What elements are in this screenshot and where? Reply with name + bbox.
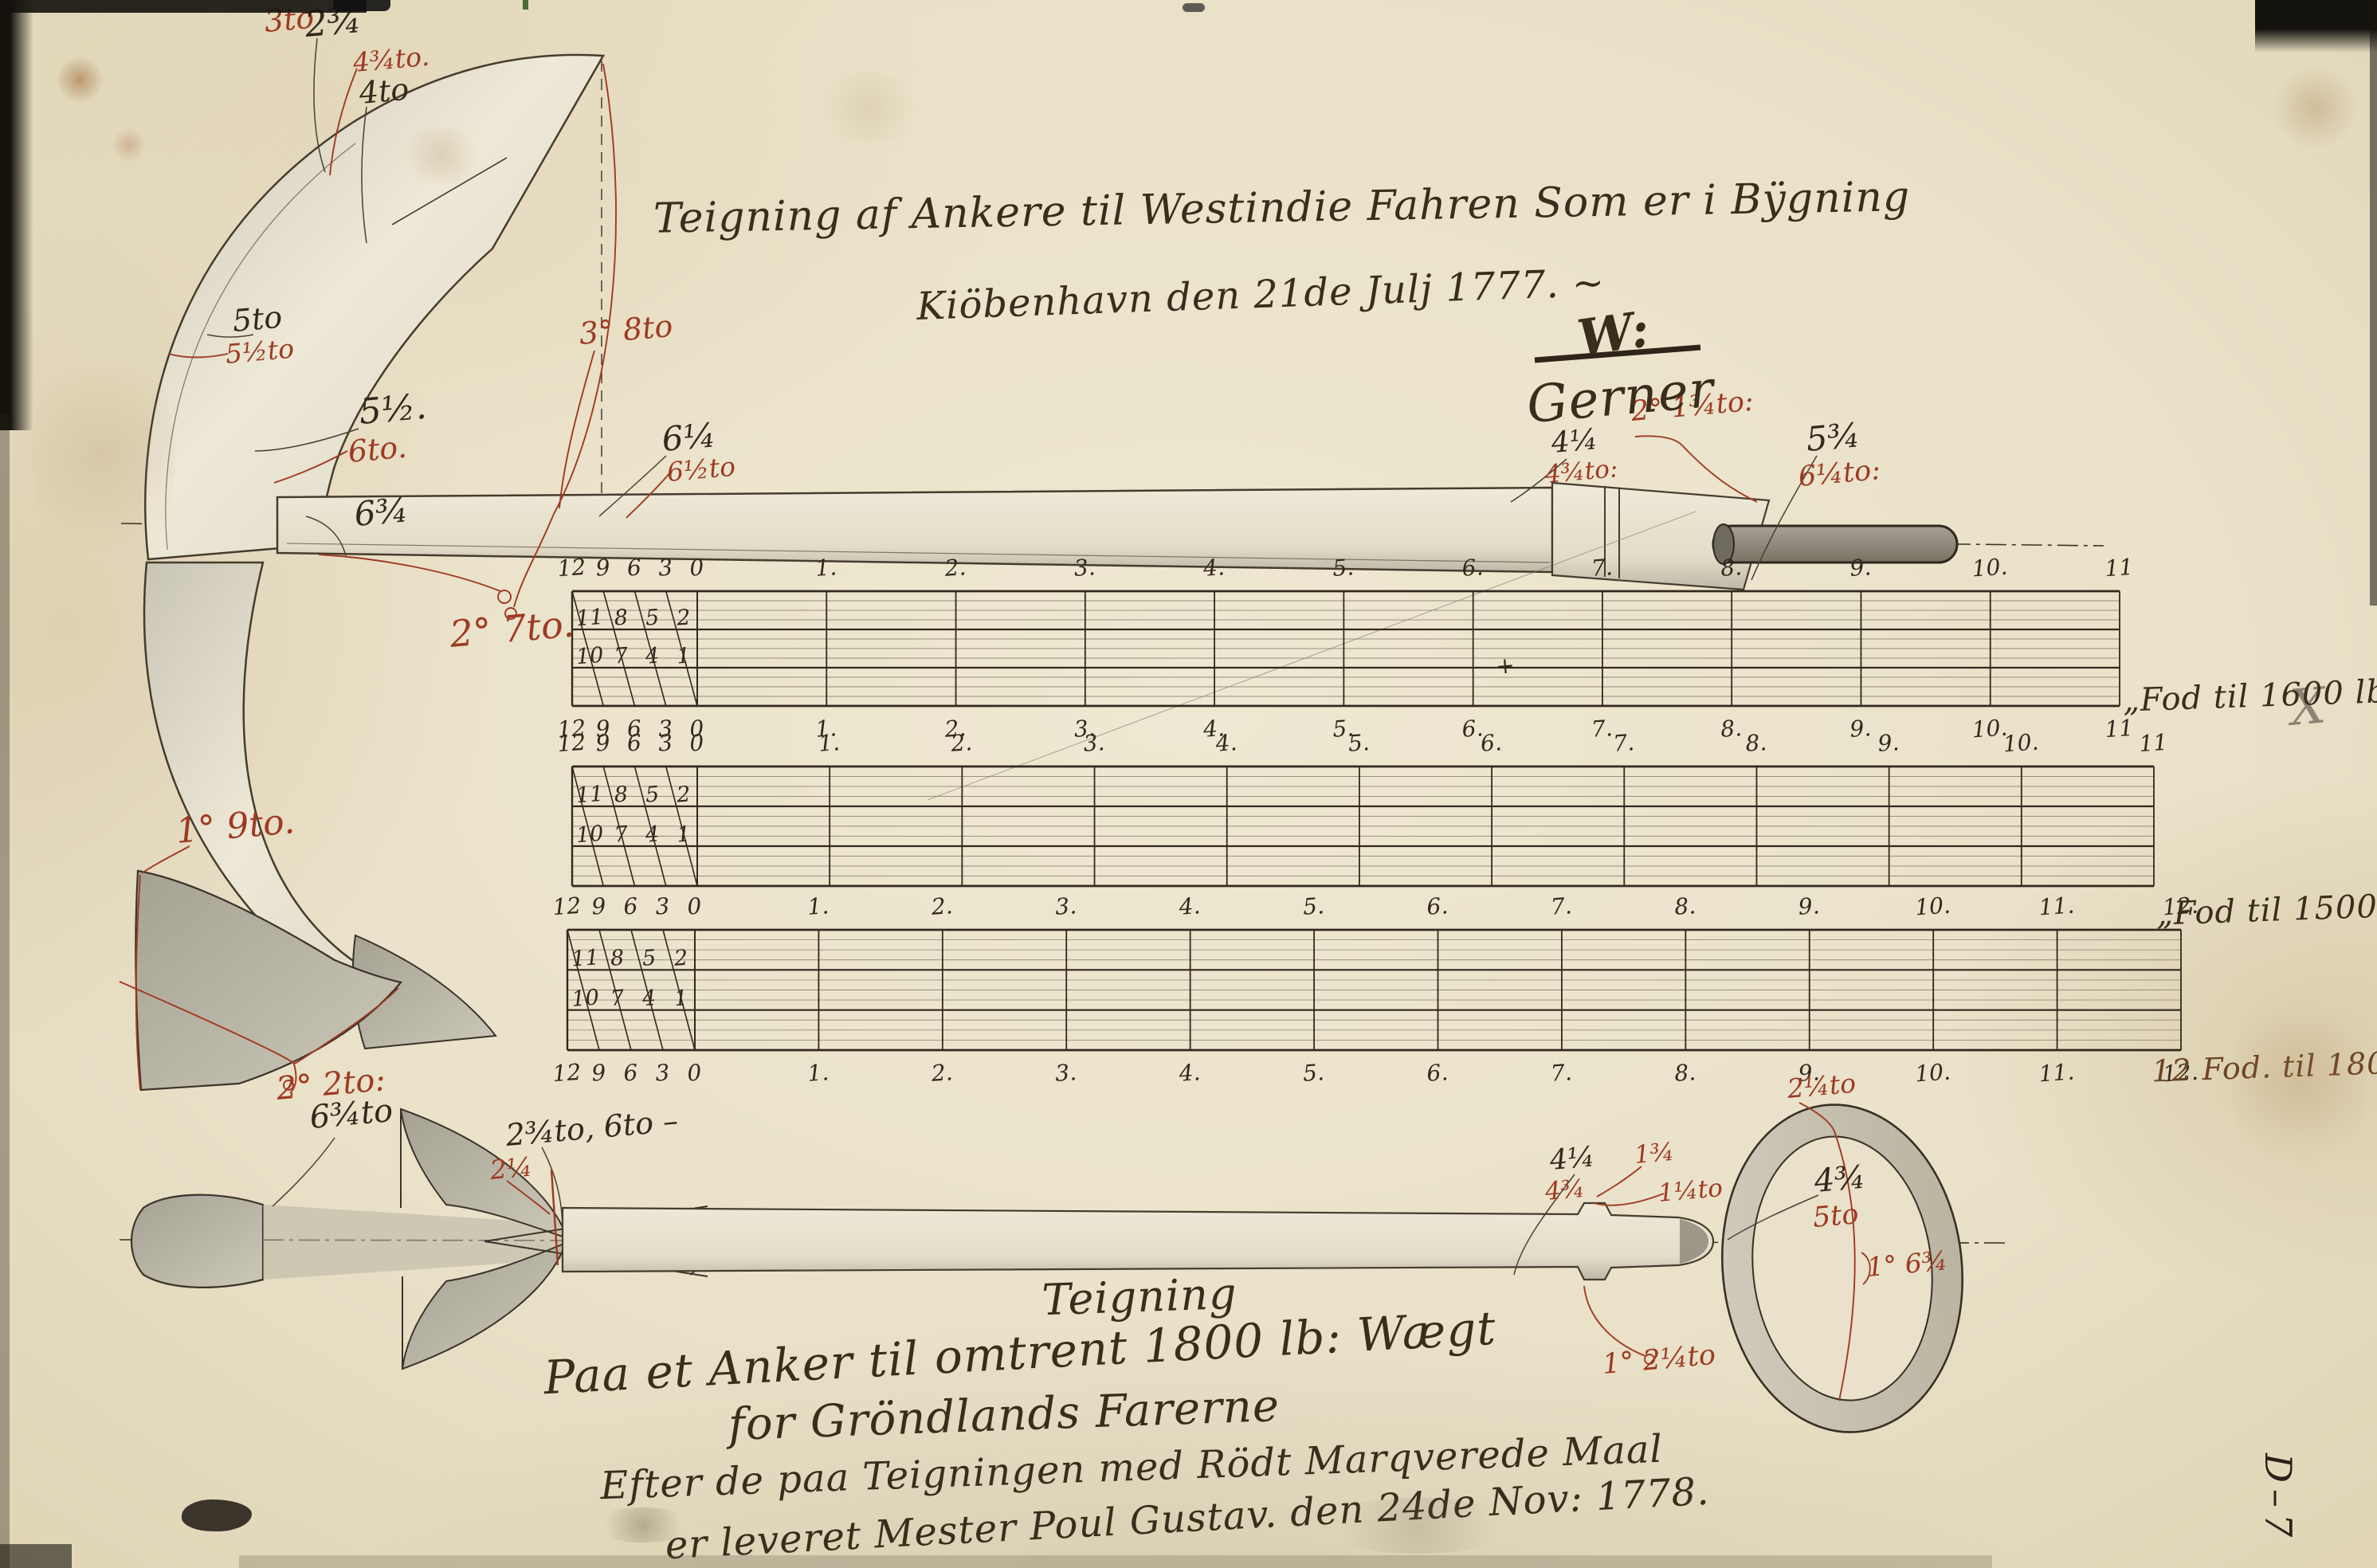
svg-text:3.: 3. bbox=[1054, 1059, 1077, 1087]
measurement-red: 6½to bbox=[665, 451, 736, 488]
svg-text:6.: 6. bbox=[1426, 1059, 1449, 1087]
svg-text:5.: 5. bbox=[1302, 892, 1325, 920]
svg-text:3: 3 bbox=[654, 1059, 670, 1086]
svg-text:11: 11 bbox=[575, 605, 604, 631]
svg-text:5: 5 bbox=[645, 782, 660, 807]
diagonal-scales: 1296301.2.3.4.5.6.7.8.9.10.111296301.2.3… bbox=[551, 554, 2199, 1088]
measurement-red: 5½to bbox=[224, 333, 295, 370]
svg-text:9: 9 bbox=[595, 554, 611, 581]
svg-text:11.: 11. bbox=[2038, 892, 2076, 921]
svg-text:9.: 9. bbox=[1798, 892, 1821, 920]
svg-text:7: 7 bbox=[610, 986, 626, 1011]
svg-text:6: 6 bbox=[622, 892, 638, 919]
svg-text:8.: 8. bbox=[1673, 892, 1696, 920]
svg-text:8.: 8. bbox=[1673, 1059, 1696, 1087]
svg-text:9: 9 bbox=[590, 1059, 606, 1086]
svg-text:4.: 4. bbox=[1178, 1059, 1202, 1087]
svg-text:6: 6 bbox=[622, 1059, 638, 1086]
svg-text:2: 2 bbox=[673, 946, 688, 971]
measurement-red: 2¼to bbox=[1785, 1068, 1857, 1104]
svg-text:9: 9 bbox=[590, 892, 606, 919]
svg-text:5: 5 bbox=[641, 946, 657, 971]
diagonal-scale-1: 1296301.2.3.4.5.6.7.8.9.10.111296301.2.3… bbox=[556, 554, 2134, 743]
diagonal-scale-2: 1296301.2.3.4.5.6.7.8.9.10.111185210741 bbox=[556, 729, 2168, 886]
svg-text:0: 0 bbox=[686, 1059, 702, 1086]
svg-text:1.: 1. bbox=[806, 1059, 830, 1087]
measurement-red: 5to bbox=[1811, 1198, 1860, 1234]
svg-text:12: 12 bbox=[551, 892, 582, 920]
measurement-red: 6to. bbox=[347, 429, 408, 469]
svg-text:12: 12 bbox=[556, 554, 586, 582]
measurement-red: 4¾to: bbox=[1543, 454, 1619, 489]
svg-text:4.: 4. bbox=[1214, 729, 1238, 757]
svg-text:3: 3 bbox=[654, 892, 670, 919]
svg-text:2.: 2. bbox=[949, 729, 973, 757]
svg-text:6: 6 bbox=[626, 554, 642, 581]
archive-mark: D–7 bbox=[2257, 1453, 2300, 1543]
svg-text:3.: 3. bbox=[1082, 729, 1105, 757]
svg-text:11.: 11. bbox=[2038, 1059, 2076, 1088]
measurement-red: 1° 2¼to bbox=[1601, 1339, 1716, 1381]
svg-text:7.: 7. bbox=[1550, 1059, 1573, 1087]
svg-text:5.: 5. bbox=[1302, 1059, 1325, 1087]
svg-text:5.: 5. bbox=[1332, 554, 1355, 582]
diagonal-scale-3: 1296301.2.3.4.5.6.7.8.9.10.11.12.1296301… bbox=[551, 892, 2199, 1088]
signature-initial: W: bbox=[1574, 300, 1653, 367]
svg-text:10.: 10. bbox=[1914, 1059, 1951, 1088]
svg-text:3: 3 bbox=[657, 729, 673, 756]
svg-text:11: 11 bbox=[571, 945, 599, 971]
svg-text:8.: 8. bbox=[1720, 715, 1743, 743]
svg-text:4.: 4. bbox=[1178, 892, 1202, 920]
svg-text:8: 8 bbox=[610, 946, 625, 971]
measurement-black: 2¾to, 6to – bbox=[504, 1103, 680, 1153]
svg-text:4.: 4. bbox=[1202, 554, 1226, 582]
svg-text:7: 7 bbox=[614, 821, 630, 847]
svg-text:7.: 7. bbox=[1612, 729, 1635, 757]
svg-text:1: 1 bbox=[676, 821, 691, 847]
svg-text:9.: 9. bbox=[1849, 554, 1872, 582]
svg-text:6.: 6. bbox=[1461, 554, 1484, 582]
svg-text:5.: 5. bbox=[1347, 729, 1371, 757]
svg-text:10: 10 bbox=[575, 643, 604, 669]
measurement-red: 3° 8to bbox=[578, 308, 674, 351]
measurement-black: + bbox=[1495, 652, 1516, 680]
svg-text:1: 1 bbox=[673, 986, 688, 1011]
svg-text:8.: 8. bbox=[1720, 554, 1743, 582]
svg-text:7.: 7. bbox=[1591, 715, 1614, 743]
svg-text:1.: 1. bbox=[818, 729, 841, 757]
svg-text:10: 10 bbox=[575, 821, 604, 848]
svg-text:3.: 3. bbox=[1054, 892, 1077, 920]
svg-text:4: 4 bbox=[644, 821, 660, 847]
svg-text:6.: 6. bbox=[1426, 892, 1449, 920]
svg-text:2.: 2. bbox=[930, 892, 954, 920]
svg-text:3.: 3. bbox=[1073, 554, 1096, 582]
svg-text:10: 10 bbox=[571, 986, 599, 1012]
svg-text:8.: 8. bbox=[1744, 729, 1767, 757]
svg-text:8: 8 bbox=[614, 605, 629, 630]
svg-text:12: 12 bbox=[551, 1059, 582, 1087]
measurement-black: 6¾ bbox=[353, 490, 410, 534]
svg-text:9.: 9. bbox=[1877, 729, 1900, 757]
measurement-black: 5¾ bbox=[1805, 415, 1861, 459]
measurement-red: 2¼ bbox=[488, 1151, 533, 1186]
measurement-black: 4¼ bbox=[1547, 1141, 1595, 1177]
svg-text:0: 0 bbox=[686, 892, 702, 919]
svg-text:8: 8 bbox=[614, 782, 629, 807]
svg-text:10.: 10. bbox=[2002, 729, 2040, 758]
svg-text:4: 4 bbox=[641, 986, 657, 1011]
svg-text:2: 2 bbox=[675, 605, 691, 630]
svg-text:0: 0 bbox=[688, 554, 704, 581]
manuscript-page: 1296301.2.3.4.5.6.7.8.9.10.111296301.2.3… bbox=[0, 0, 2377, 1568]
measurement-red: 1¼to bbox=[1657, 1174, 1724, 1208]
measurement-red: 6¼to: bbox=[1797, 454, 1881, 493]
svg-text:6.: 6. bbox=[1480, 729, 1503, 757]
svg-text:4: 4 bbox=[644, 643, 660, 668]
svg-text:11: 11 bbox=[2138, 729, 2168, 757]
svg-text:2.: 2. bbox=[943, 554, 967, 582]
svg-text:2.: 2. bbox=[930, 1059, 954, 1087]
svg-text:11: 11 bbox=[2104, 554, 2134, 582]
svg-text:7: 7 bbox=[614, 643, 630, 668]
svg-text:7.: 7. bbox=[1591, 554, 1614, 582]
measurement-black: 6¾to bbox=[308, 1092, 394, 1136]
measurement-black: 4to bbox=[357, 72, 410, 111]
svg-text:0: 0 bbox=[688, 729, 704, 756]
svg-text:3: 3 bbox=[657, 554, 673, 581]
measurement-black: 5½. bbox=[358, 386, 429, 433]
svg-text:9: 9 bbox=[595, 729, 611, 756]
measurement-black: 4¾ bbox=[1812, 1159, 1867, 1201]
svg-text:5: 5 bbox=[645, 605, 660, 630]
measurement-black: 5to bbox=[231, 300, 284, 339]
svg-text:7.: 7. bbox=[1550, 892, 1573, 920]
svg-text:10.: 10. bbox=[1914, 892, 1951, 921]
svg-text:1: 1 bbox=[676, 643, 691, 668]
svg-text:11: 11 bbox=[575, 782, 604, 808]
measurement-red: 2° 7to. bbox=[447, 602, 575, 656]
measurement-red: 4¾ bbox=[1543, 1174, 1587, 1206]
measurement-red: 1¾ bbox=[1634, 1138, 1676, 1170]
svg-text:6: 6 bbox=[626, 729, 642, 756]
svg-text:1.: 1. bbox=[806, 892, 830, 920]
svg-text:10.: 10. bbox=[1971, 554, 2009, 582]
svg-text:2: 2 bbox=[675, 782, 691, 807]
svg-text:1.: 1. bbox=[814, 554, 837, 582]
svg-text:9.: 9. bbox=[1849, 715, 1872, 743]
svg-text:12: 12 bbox=[556, 729, 586, 757]
measurement-black: 2¾ bbox=[303, 0, 363, 45]
